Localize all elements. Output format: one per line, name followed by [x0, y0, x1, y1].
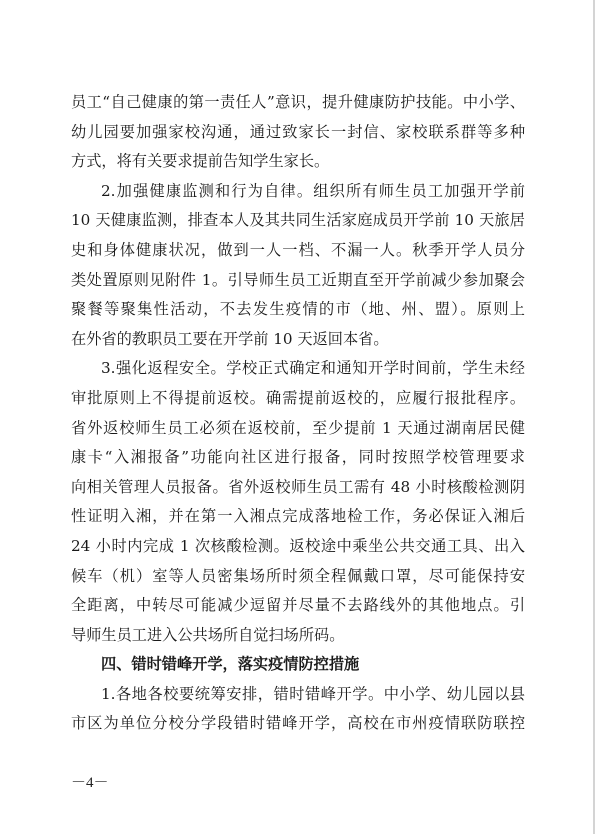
body-line: 性证明入湘，并在第一入湘点完成落地检工作，务必保证入湘后: [71, 502, 525, 532]
body-line: 候车（机）室等人员密集场所时须全程佩戴口罩，尽可能保持安: [71, 562, 525, 592]
body-line: 10 天健康监测，排查本人及其共同生活家庭成员开学前 10 天旅居: [71, 206, 525, 236]
body-line: 类处置原则见附件 1。引导师生员工近期直至开学前减少参加聚会: [71, 266, 525, 296]
body-line: 审批原则上不得提前返校。确需提前返校的，应履行报批程序。: [71, 384, 525, 414]
paragraph-start-line: 1.各地各校要统筹安排，错时错峰开学。中小学、幼儿园以县: [71, 680, 525, 710]
body-line: 市区为单位分校分学段错时错峰开学，高校在市州疫情联防联控: [71, 709, 525, 739]
body-line: 康卡“入湘报备”功能向社区进行报备，同时按照学校管理要求: [71, 443, 525, 473]
body-line: 在外省的教职员工要在开学前 10 天返回本省。: [71, 325, 525, 355]
body-line: 员工“自己健康的第一责任人”意识，提升健康防护技能。中小学、: [71, 88, 525, 118]
body-line: 省外返校师生员工必须在返校前，至少提前 1 天通过湖南居民健: [71, 414, 525, 444]
page-edge-divider: [593, 0, 595, 834]
body-line: 导师生员工进入公共场所自觉扫场所码。: [71, 621, 525, 651]
body-line: 24 小时内完成 1 次核酸检测。返校途中乘坐公共交通工具、出入: [71, 532, 525, 562]
paragraph-start-line: 2.加强健康监测和行为自律。组织所有师生员工加强开学前: [71, 177, 525, 207]
body-line: 方式，将有关要求提前告知学生家长。: [71, 147, 525, 177]
body-line: 全距离，中转尽可能减少逗留并尽量不去路线外的其他地点。引: [71, 591, 525, 621]
paragraph-start-line: 3.强化返程安全。学校正式确定和通知开学时间前，学生未经: [71, 354, 525, 384]
body-line: 聚餐等聚集性活动，不去发生疫情的市（地、州、盟）。原则上: [71, 295, 525, 325]
body-line: 幼儿园要加强家校沟通，通过致家长一封信、家校联系群等多种: [71, 118, 525, 148]
body-line: 向相关管理人员报备。省外返校师生员工需有 48 小时核酸检测阴: [71, 473, 525, 503]
body-line: 史和身体健康状况，做到一人一档、不漏一人。秋季开学人员分: [71, 236, 525, 266]
document-page: 员工“自己健康的第一责任人”意识，提升健康防护技能。中小学、 幼儿园要加强家校沟…: [71, 88, 525, 739]
section-heading: 四、错时错峰开学，落实疫情防控措施: [71, 650, 525, 680]
page-number: －4－: [71, 771, 109, 792]
